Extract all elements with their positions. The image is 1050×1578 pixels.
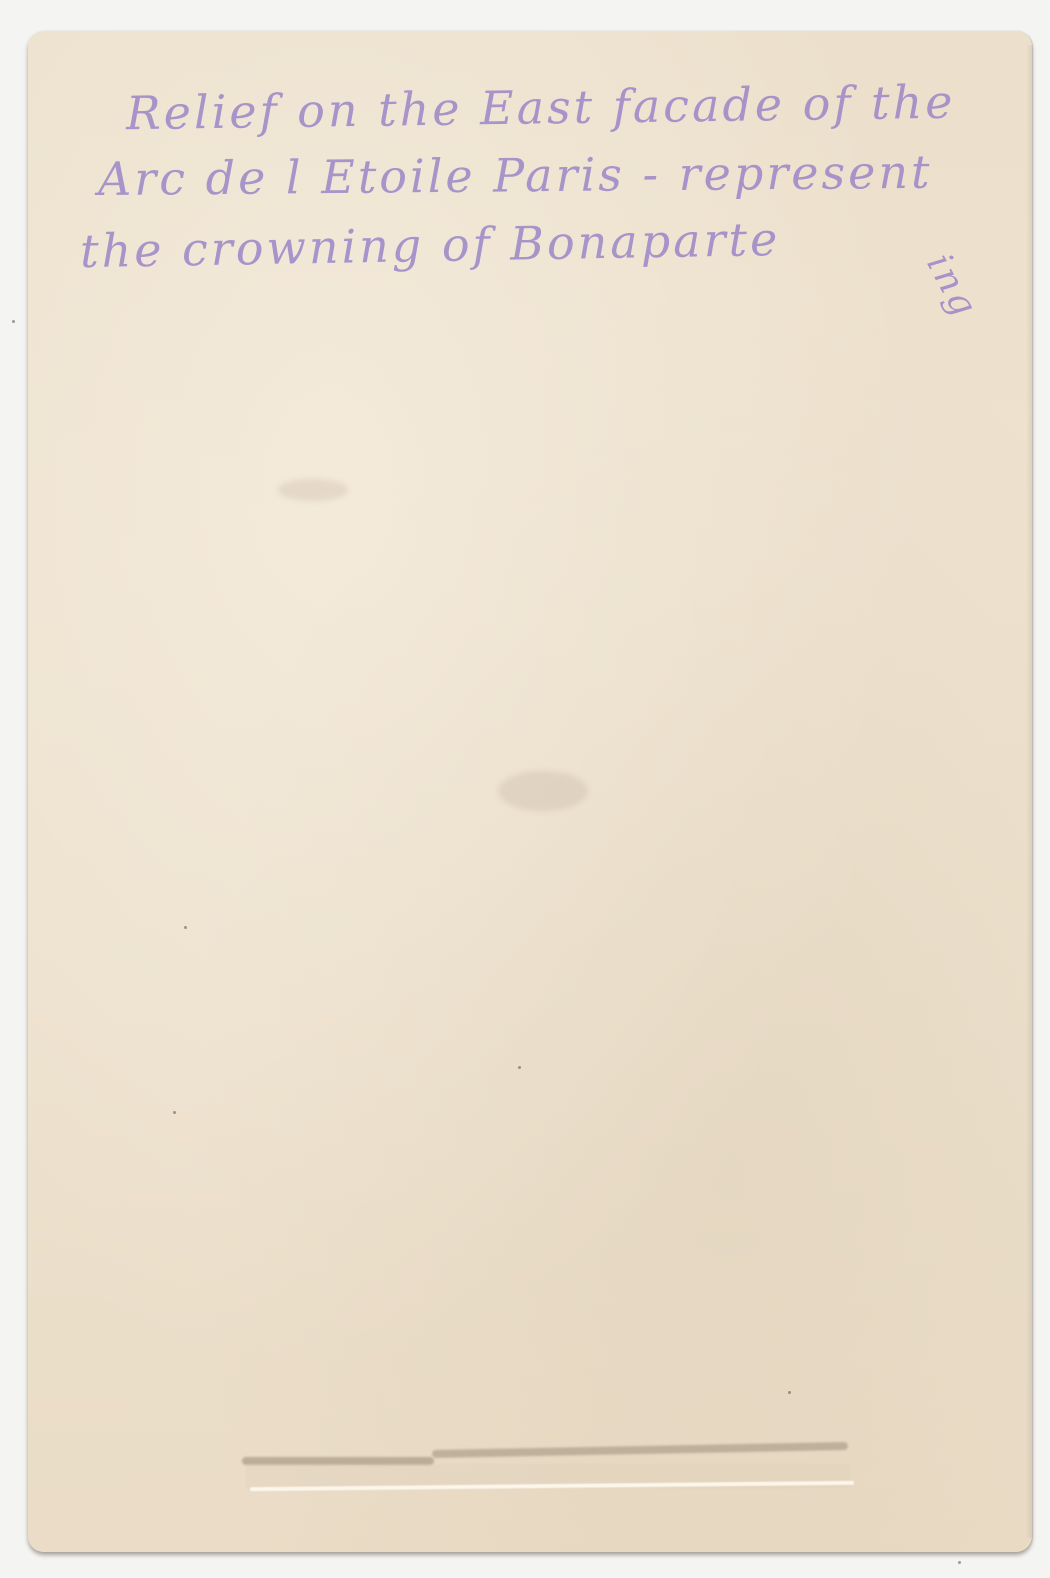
inscription-line-2: Arc de l Etoile Paris - represent <box>98 137 1019 213</box>
speck <box>958 1561 961 1564</box>
stain-mark <box>278 479 348 501</box>
emboss-groove <box>242 1442 854 1456</box>
speck <box>518 1066 521 1069</box>
photo-card-back: Relief on the East facade of the Arc de … <box>28 31 1032 1552</box>
emboss-groove-right <box>432 1442 848 1458</box>
inscription-line-3: the crowning of Bonaparte <box>79 201 1018 285</box>
speck <box>788 1391 791 1394</box>
embossed-imprint <box>242 1442 854 1494</box>
speck <box>12 320 15 323</box>
speck <box>184 926 187 929</box>
speck <box>173 1111 176 1114</box>
handwritten-inscription: Relief on the East facade of the Arc de … <box>58 73 1018 277</box>
stain-mark <box>498 771 588 811</box>
inscription-line-1: Relief on the East facade of the <box>126 67 1019 147</box>
card-edge <box>1026 45 1032 1538</box>
